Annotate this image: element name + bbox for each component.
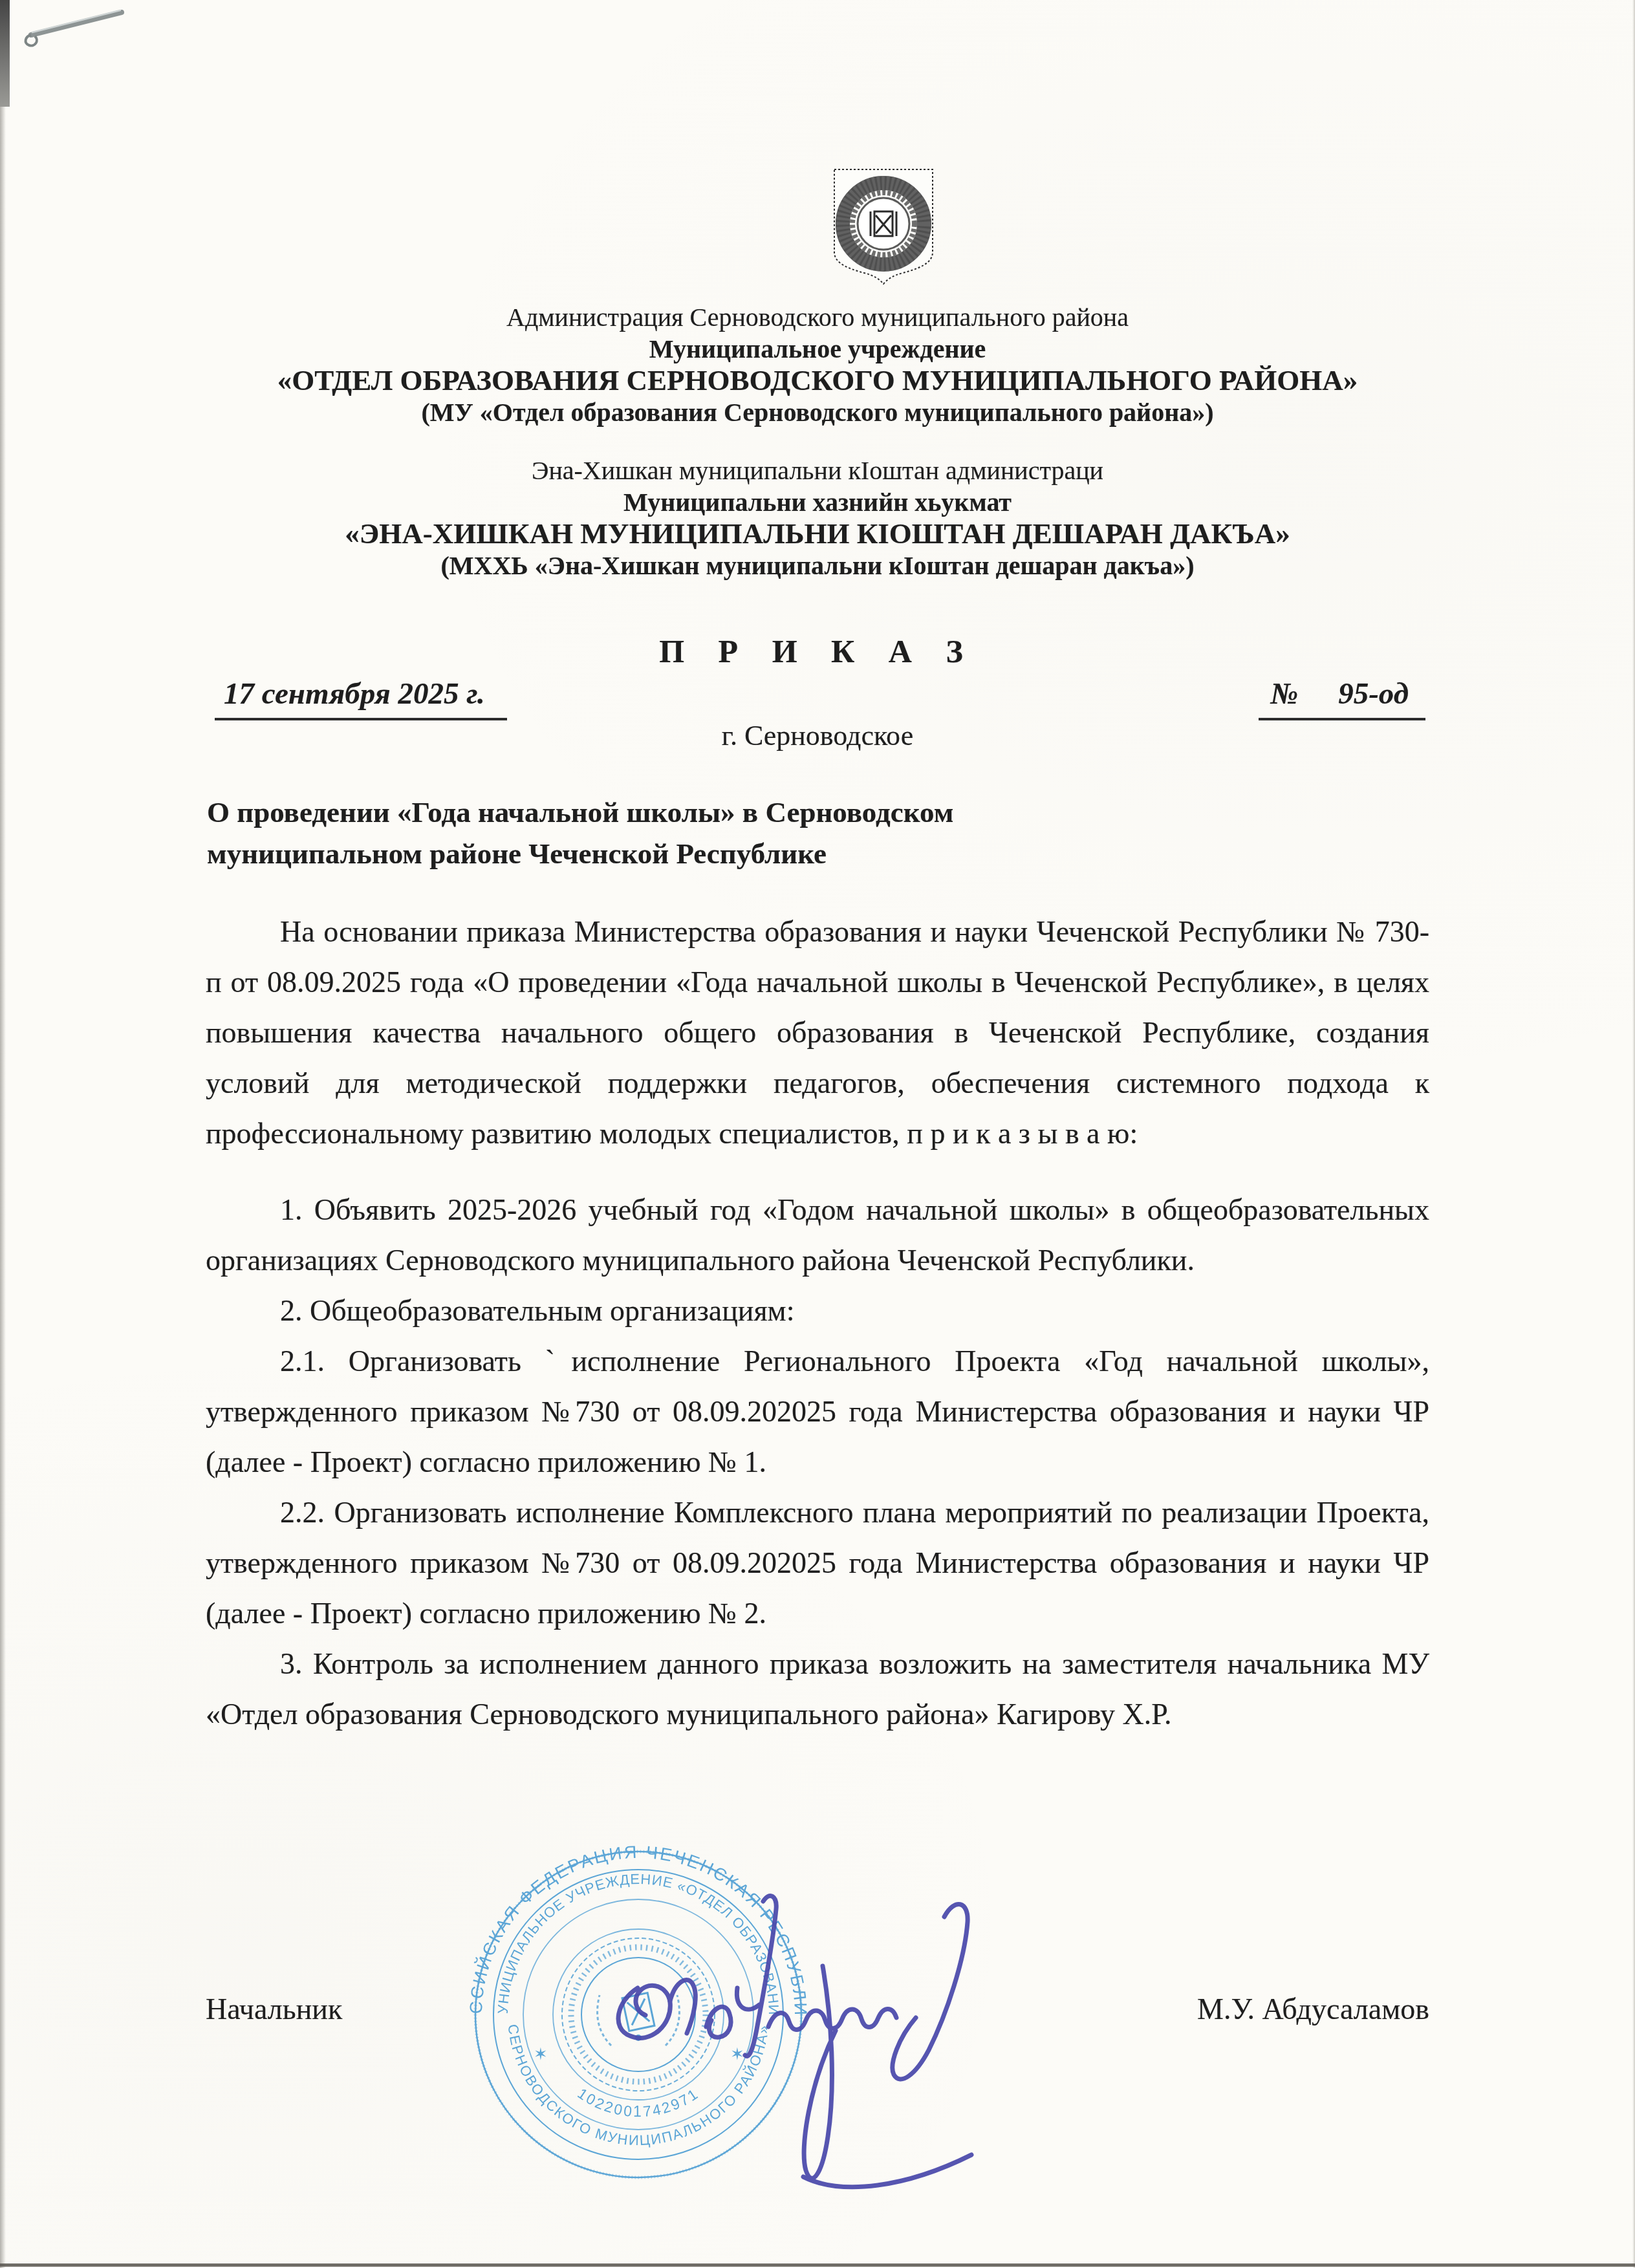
scan-edge-right (1632, 0, 1635, 2268)
staple-mark-icon (23, 4, 129, 50)
org-name-line-che: «ЭНА-ХИШКАН МУНИЦИПАЛЬНИ КIОШТАН ДЕШАРАН… (206, 518, 1429, 550)
order-item-1: 1. Объявить 2025-2026 учебный год «Годом… (206, 1185, 1429, 1286)
subject-line-1: О проведении «Года начальной школы» в Се… (207, 792, 1177, 833)
order-item-2-1: 2.1. Организовать ˋисполнение Региональн… (206, 1336, 1429, 1487)
org-header-russian: Администрация Серноводского муниципально… (206, 301, 1429, 428)
order-item-2-2: 2.2. Организовать исполнение Комплексног… (206, 1487, 1429, 1639)
signer-position: Начальник (206, 1992, 342, 2026)
order-number-value: 95-од (1338, 677, 1409, 711)
org-type-line: Муниципальное учреждение (206, 333, 1429, 365)
org-admin-line: Администрация Серноводского муниципально… (206, 301, 1429, 333)
org-type-line-che: Муниципальни хазнийн хьукмат (206, 486, 1429, 518)
date-number-row: 17 сентября 2025 г. №95-од (206, 676, 1429, 720)
order-body: На основании приказа Министерства образо… (206, 907, 1429, 1740)
order-subject: О проведении «Года начальной школы» в Се… (207, 792, 1177, 874)
handwritten-signature (608, 1890, 1022, 2242)
org-short-name-line: (МУ «Отдел образования Серноводского мун… (206, 396, 1429, 428)
order-number: №95-од (1259, 676, 1425, 720)
order-item-2: 2. Общеобразовательным организациям: (206, 1286, 1429, 1336)
org-admin-line-che: Эна-Хишкан муниципальни кIоштан админист… (206, 455, 1429, 486)
org-name-line: «ОТДЕЛ ОБРАЗОВАНИЯ СЕРНОВОДСКОГО МУНИЦИП… (206, 365, 1429, 396)
numero-sign: № (1270, 677, 1298, 711)
order-place: г. Серноводское (206, 719, 1429, 752)
scan-edge-left-top (0, 0, 10, 107)
scan-edge-left (0, 107, 6, 2268)
scanned-order-page: Администрация Серноводского муниципально… (0, 0, 1635, 2268)
order-date: 17 сентября 2025 г. (215, 676, 507, 720)
org-short-name-line-che: (МХХЬ «Эна-Хишкан муниципальни кIоштан д… (206, 550, 1429, 581)
stamp-star-left: ✶ (534, 2044, 548, 2064)
order-item-3: 3. Контроль за исполнением данного прика… (206, 1639, 1429, 1740)
org-header-chechen: Эна-Хишкан муниципальни кIоштан админист… (206, 455, 1429, 581)
order-heading: П Р И К А З (206, 632, 1429, 670)
preamble-paragraph: На основании приказа Министерства образо… (206, 907, 1429, 1159)
subject-line-2: муниципальном районе Чеченской Республик… (207, 833, 1177, 874)
signer-name: М.У. Абдусаламов (1197, 1992, 1429, 2026)
